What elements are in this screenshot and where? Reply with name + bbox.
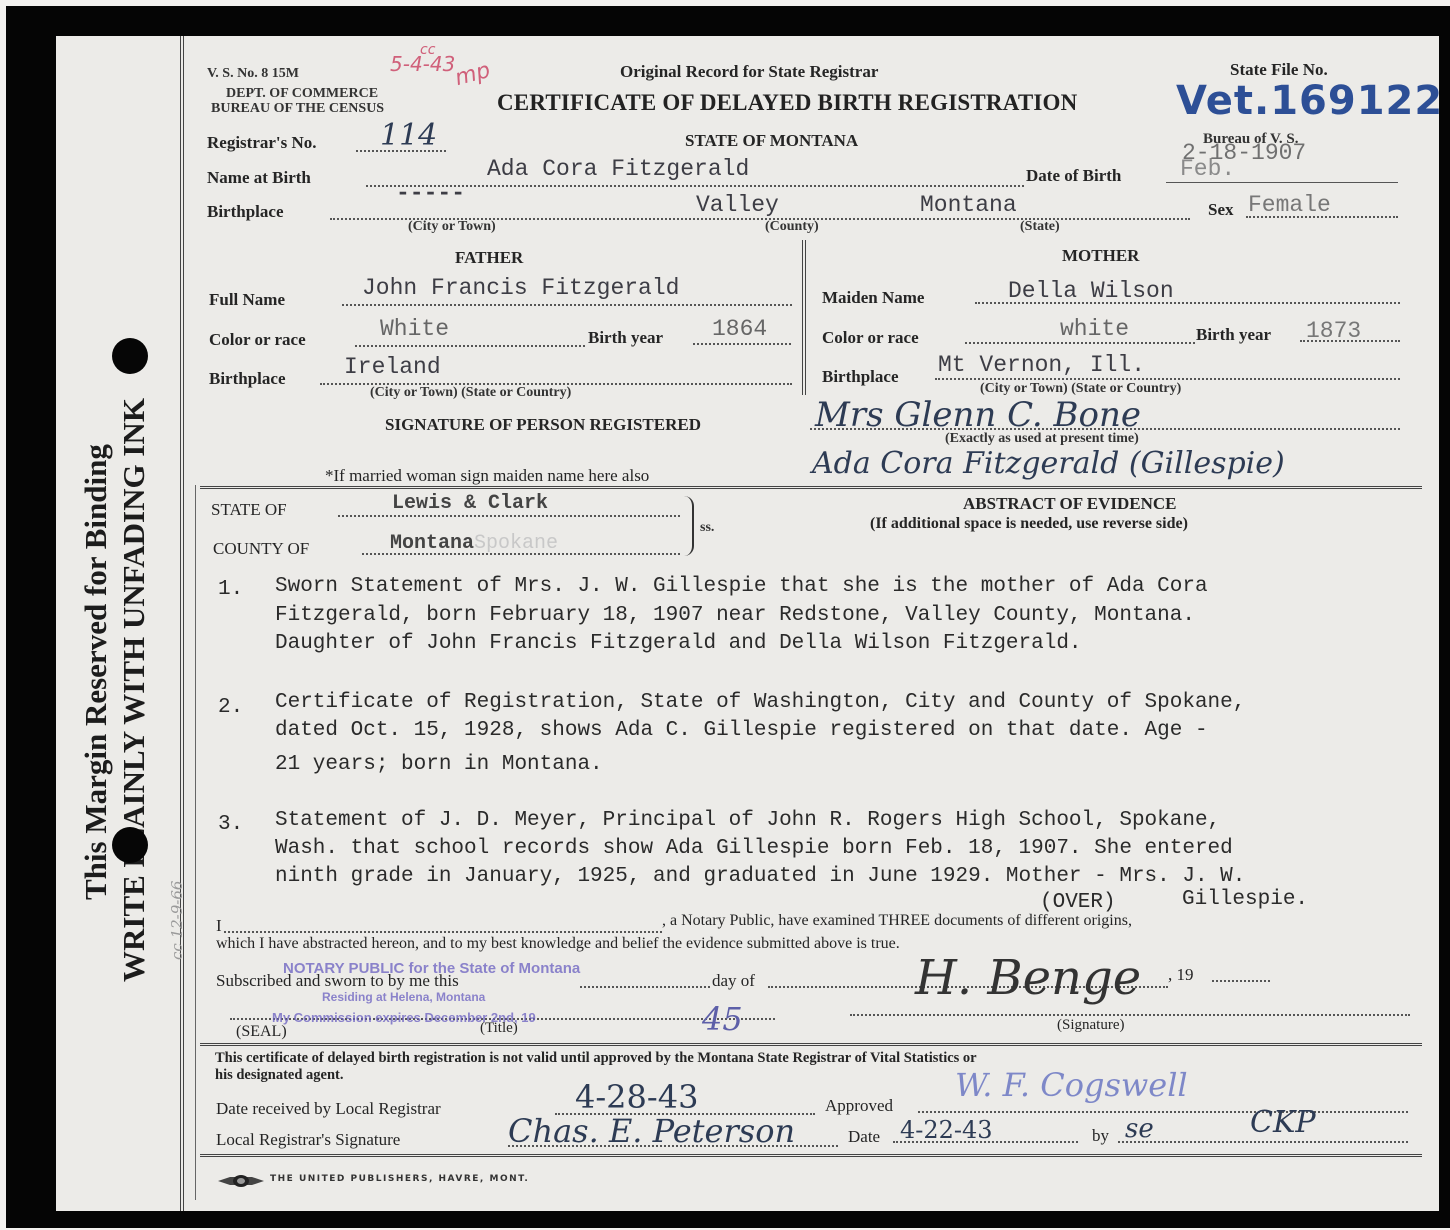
abstract-item-line: dated Oct. 15, 1928, shows Ada C. Gilles… bbox=[275, 716, 1208, 745]
notary-statement-line1: , a Notary Public, have examined THREE d… bbox=[662, 912, 1132, 930]
notary-name-line bbox=[224, 931, 662, 933]
form-number: V. S. No. 8 15M bbox=[207, 66, 299, 82]
date-received-label: Date received by Local Registrar bbox=[216, 1099, 441, 1119]
state-file-label: State File No. bbox=[1230, 60, 1328, 80]
form-left-rule bbox=[195, 485, 196, 1200]
venue-state-line bbox=[338, 515, 680, 517]
venue-ss: ss. bbox=[700, 520, 714, 536]
approved-line bbox=[918, 1111, 1408, 1113]
abstract-item-line: Sworn Statement of Mrs. J. W. Gillespie … bbox=[275, 572, 1208, 601]
punch-hole-top bbox=[112, 338, 148, 374]
registrar-no-value: 114 bbox=[380, 118, 437, 153]
signature-label: SIGNATURE OF PERSON REGISTERED bbox=[385, 415, 701, 435]
notary-prefix: I bbox=[216, 916, 222, 936]
father-birthplace-label: Birthplace bbox=[209, 369, 286, 389]
local-registrar-signature-label: Local Registrar's Signature bbox=[216, 1130, 400, 1150]
birthplace-city-value: ----- bbox=[396, 180, 465, 206]
father-birth-year-value: 1864 bbox=[712, 316, 767, 342]
mother-maiden-name-value: Della Wilson bbox=[1008, 278, 1174, 304]
city-caption: (City or Town) bbox=[408, 219, 496, 235]
validity-line2: his designated agent. bbox=[215, 1067, 344, 1084]
mother-race-label: Color or race bbox=[822, 328, 919, 348]
birthplace-state-value: Montana bbox=[920, 192, 1017, 218]
father-race-line bbox=[355, 345, 585, 347]
abstract-heading: ABSTRACT OF EVIDENCE bbox=[963, 494, 1177, 514]
notary-section-rule bbox=[200, 1043, 1422, 1046]
validity-line1: This certificate of delayed birth regist… bbox=[215, 1050, 977, 1067]
margin-ink-instruction: WRITE PLAINLY WITH UNFADING INK bbox=[116, 398, 152, 982]
abstract-item-number: 1. bbox=[218, 575, 243, 604]
binding-margin-rule bbox=[180, 36, 184, 1211]
year-prefix: , 19 bbox=[1168, 965, 1194, 985]
abstract-item-line: 21 years; born in Montana. bbox=[275, 750, 603, 779]
county-caption: (County) bbox=[765, 219, 819, 235]
state-file-number-stamp: Vet.169122 bbox=[1176, 78, 1443, 124]
mother-birthplace-label: Birthplace bbox=[822, 367, 899, 387]
date-of-birth-overtyped: 2-18-1907 bbox=[1182, 140, 1306, 166]
dept-line-2: BUREAU OF THE CENSUS bbox=[211, 101, 384, 117]
father-name-line bbox=[342, 304, 792, 306]
mother-race-line bbox=[965, 342, 1195, 344]
abstract-subheading: (If additional space is needed, use reve… bbox=[870, 515, 1188, 533]
title-caption: (Title) bbox=[480, 1020, 518, 1037]
initials-value: CKP bbox=[1250, 1105, 1316, 1140]
abstract-item-number: 3. bbox=[218, 810, 243, 839]
sex-label: Sex bbox=[1208, 200, 1234, 220]
notary-statement-line2: which I have abstracted hereon, and to m… bbox=[216, 935, 900, 953]
parents-divider bbox=[802, 240, 806, 395]
original-record-label: Original Record for State Registrar bbox=[620, 62, 878, 82]
date-value: 4-22-43 bbox=[900, 1116, 993, 1144]
subscribed-year-line bbox=[1212, 980, 1270, 982]
day-of-label: day of bbox=[712, 971, 755, 991]
birthplace-label: Birthplace bbox=[207, 202, 284, 222]
approved-value: W. F. Cogswell bbox=[955, 1066, 1188, 1104]
signature-caption-notary: (Signature) bbox=[1057, 1017, 1124, 1034]
date-of-birth-line bbox=[1166, 182, 1398, 183]
document-title: CERTIFICATE OF DELAYED BIRTH REGISTRATIO… bbox=[497, 90, 1077, 116]
father-name-value: John Francis Fitzgerald bbox=[362, 275, 679, 301]
publisher-imprint: THE UNITED PUBLISHERS, HAVRE, MONT. bbox=[270, 1174, 529, 1184]
mother-birth-year-value: 1873 bbox=[1306, 318, 1361, 344]
registrar-no-label: Registrar's No. bbox=[207, 133, 317, 153]
venue-county-value: Montana bbox=[390, 532, 474, 555]
state-caption: (State) bbox=[1020, 219, 1060, 235]
name-at-birth-value: Ada Cora Fitzgerald bbox=[487, 156, 749, 182]
father-birthplace-value: Ireland bbox=[344, 354, 441, 380]
notary-stamp-line1: NOTARY PUBLIC for the State of Montana bbox=[283, 960, 580, 977]
state-heading: STATE OF MONTANA bbox=[685, 131, 858, 151]
venue-state-label: STATE OF bbox=[211, 500, 287, 520]
date-of-birth-label: Date of Birth bbox=[1026, 166, 1121, 186]
publisher-logo-icon bbox=[218, 1174, 264, 1188]
father-race-value: White bbox=[380, 316, 449, 342]
margin-binding-note: This Margin Reserved for Binding bbox=[78, 444, 114, 900]
venue-county-struck: Spokane bbox=[474, 532, 558, 555]
abstract-continuation: Gillespie. bbox=[1182, 885, 1308, 914]
punch-hole-bottom bbox=[112, 827, 148, 863]
mother-heading: MOTHER bbox=[1062, 246, 1139, 266]
notary-signature-value[interactable]: H. Benge bbox=[915, 950, 1141, 1006]
by-value: se bbox=[1125, 1114, 1154, 1144]
seal-label: (SEAL) bbox=[236, 1023, 287, 1041]
father-name-label: Full Name bbox=[209, 290, 285, 310]
venue-county-label: COUNTY OF bbox=[213, 539, 309, 559]
abstract-item-number: 2. bbox=[218, 693, 243, 722]
father-race-label: Color or race bbox=[209, 330, 306, 350]
birthplace-county-value: Valley bbox=[696, 192, 779, 218]
notary-signature-line bbox=[850, 1014, 1410, 1016]
local-registrar-signature-value: Chas. E. Peterson bbox=[508, 1112, 795, 1150]
mother-birthplace-line bbox=[935, 378, 1400, 380]
father-heading: FATHER bbox=[455, 248, 523, 268]
sex-value: Female bbox=[1248, 192, 1331, 218]
venue-brace bbox=[684, 496, 694, 556]
mother-birthplace-value: Mt Vernon, Ill. bbox=[938, 352, 1145, 378]
maiden-signature-value[interactable]: Ada Cora Fitzgerald (Gillespie) bbox=[812, 446, 1285, 481]
red-annotation-date: 5-4-43 bbox=[390, 52, 455, 76]
venue-state-value: Lewis & Clark bbox=[392, 492, 548, 515]
date-received-value: 4-28-43 bbox=[575, 1078, 698, 1116]
dept-line-1: DEPT. OF COMMERCE bbox=[226, 86, 378, 102]
abstract-item-line: Statement of J. D. Meyer, Principal of J… bbox=[275, 806, 1220, 835]
mother-race-value: white bbox=[1060, 316, 1129, 342]
subscribed-day-line bbox=[580, 986, 710, 988]
notary-stamp-year: 45 bbox=[702, 1000, 743, 1038]
signature-value[interactable]: Mrs Glenn C. Bone bbox=[815, 395, 1141, 435]
by-line bbox=[1118, 1141, 1408, 1143]
abstract-item-line: Fitzgerald, born February 18, 1907 near … bbox=[275, 601, 1195, 630]
by-label: by bbox=[1092, 1126, 1109, 1146]
abstract-item-line: Certificate of Registration, State of Wa… bbox=[275, 688, 1245, 717]
abstract-item-line: Wash. that school records show Ada Gille… bbox=[275, 834, 1233, 863]
father-birthplace-caption: (City or Town) (State or Country) bbox=[370, 385, 571, 401]
approved-label: Approved bbox=[825, 1096, 893, 1116]
father-birth-year-line bbox=[693, 343, 791, 345]
date-label: Date bbox=[848, 1127, 880, 1147]
signature-caption: (Exactly as used at present time) bbox=[945, 431, 1139, 447]
footer-rule bbox=[200, 1154, 1422, 1157]
abstract-item-line: Daughter of John Francis Fitzgerald and … bbox=[275, 629, 1082, 658]
name-at-birth-label: Name at Birth bbox=[207, 168, 311, 188]
mother-birth-year-label: Birth year bbox=[1196, 325, 1271, 345]
abstract-item-line: ninth grade in January, 1925, and gradua… bbox=[275, 862, 1245, 891]
signature-section-rule bbox=[200, 486, 1422, 489]
margin-pencil-note: cc 12-9-66 bbox=[168, 881, 186, 960]
notary-stamp-line2: Residing at Helena, Montana bbox=[322, 990, 485, 1004]
mother-maiden-name-label: Maiden Name bbox=[822, 288, 924, 308]
maiden-signature-label: *If married woman sign maiden name here … bbox=[325, 466, 649, 486]
father-birth-year-label: Birth year bbox=[588, 328, 663, 348]
